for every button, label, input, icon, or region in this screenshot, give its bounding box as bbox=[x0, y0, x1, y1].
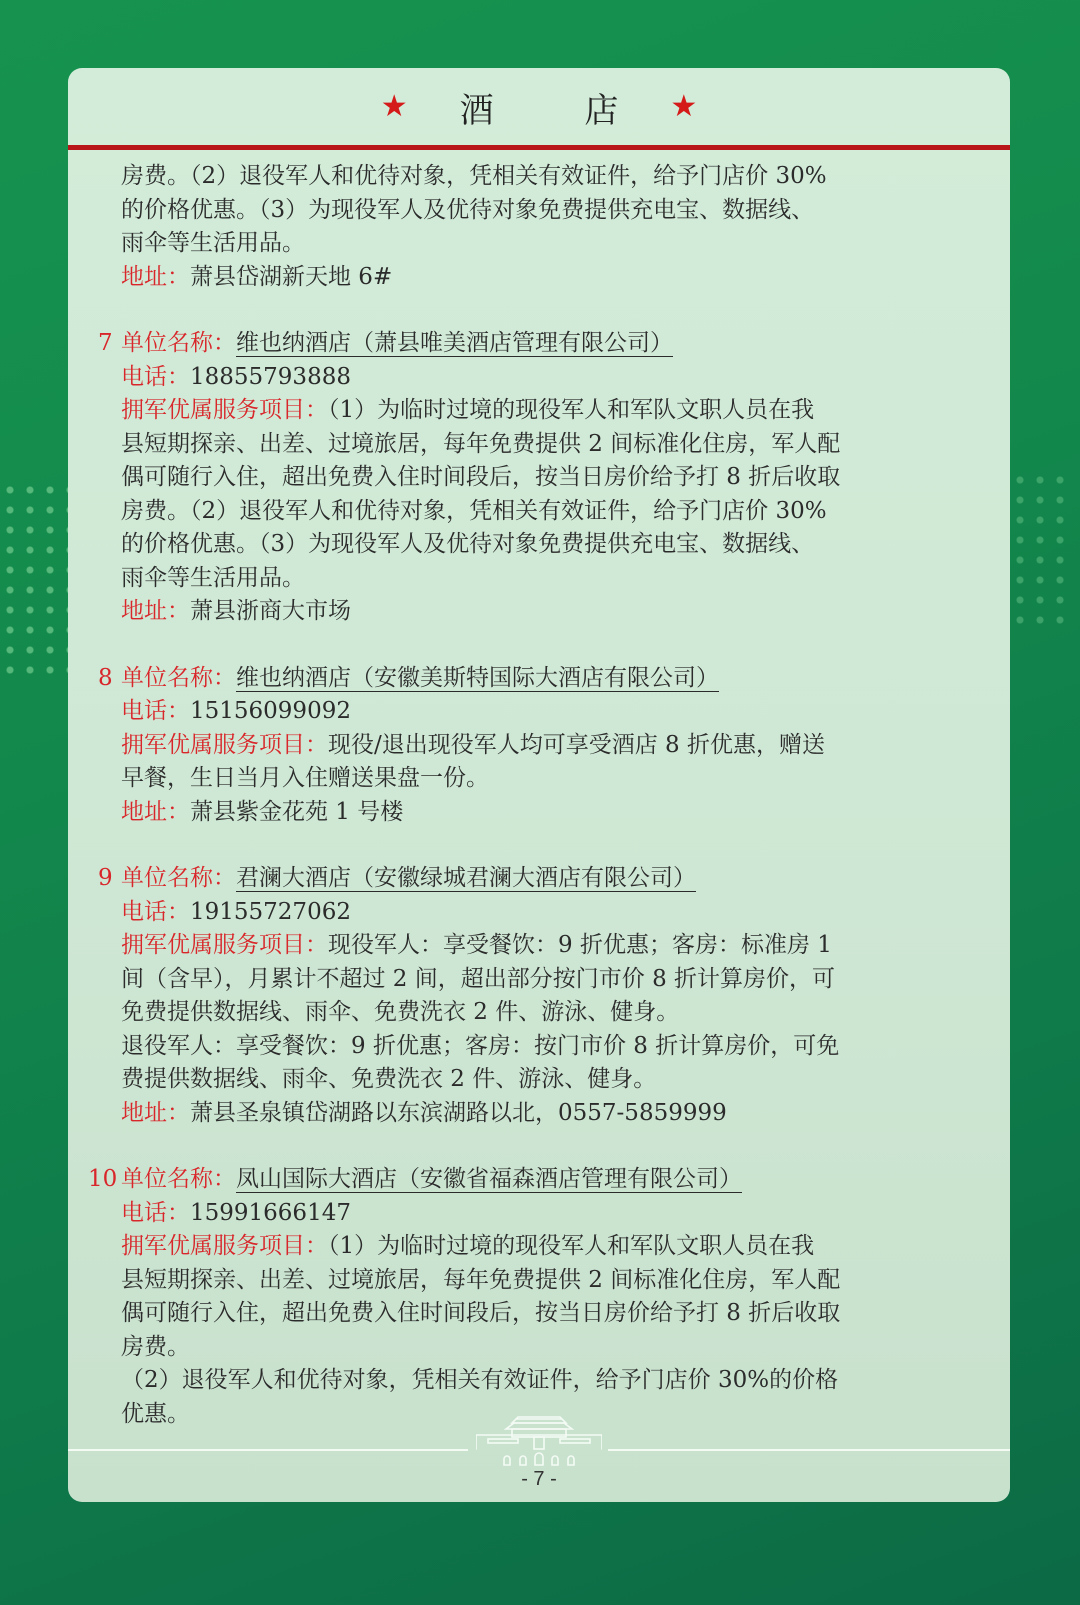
unit-name-row: 10单位名称：凤山国际大酒店（安徽省福森酒店管理有限公司） bbox=[98, 1163, 983, 1197]
service-text-line: 偶可随行入住，超出免费入住时间段后，按当日房价给予打 8 折后收取 bbox=[98, 461, 983, 495]
address-label: 地址： bbox=[121, 264, 190, 290]
service-text-line: 现役军人：享受餐饮：9 折优惠；客房：标准房 1 bbox=[328, 932, 832, 958]
service-text-line: 的价格优惠。（3）为现役军人及优待对象免费提供充电宝、数据线、 bbox=[98, 528, 983, 562]
hotel-entry-7: 7单位名称：维也纳酒店（萧县唯美酒店管理有限公司） 电话：18855793888… bbox=[98, 327, 983, 629]
service-label: 拥军优属服务项目： bbox=[121, 397, 328, 423]
unit-name-label: 单位名称： bbox=[121, 665, 236, 691]
service-label: 拥军优属服务项目： bbox=[121, 732, 328, 758]
entry-number: 8 bbox=[98, 662, 121, 696]
phone-row: 电话：18855793888 bbox=[98, 361, 983, 395]
unit-name-label: 单位名称： bbox=[121, 1166, 236, 1192]
service-text-line: 费提供数据线、雨伞、免费洗衣 2 件、游泳、健身。 bbox=[98, 1063, 983, 1097]
address-value: 萧县浙商大市场 bbox=[190, 598, 351, 624]
address-row: 地址：萧县圣泉镇岱湖路以东滨湖路以北，0557-5859999 bbox=[98, 1097, 983, 1131]
address-value: 萧县圣泉镇岱湖路以东滨湖路以北，0557-5859999 bbox=[190, 1100, 727, 1126]
unit-name-value: 维也纳酒店（安徽美斯特国际大酒店有限公司） bbox=[236, 665, 733, 691]
address-value: 萧县岱湖新天地 6# bbox=[190, 264, 392, 290]
service-label: 拥军优属服务项目： bbox=[121, 1233, 328, 1259]
service-text-line: 雨伞等生活用品。 bbox=[98, 562, 983, 596]
phone-row: 电话：19155727062 bbox=[98, 896, 983, 930]
service-text-line: 雨伞等生活用品。 bbox=[98, 227, 983, 261]
unit-name-label: 单位名称： bbox=[121, 865, 236, 891]
address-label: 地址： bbox=[121, 598, 190, 624]
service-text-line: 县短期探亲、出差、过境旅居，每年免费提供 2 间标准化住房，军人配 bbox=[98, 1264, 983, 1298]
section-header: ★ 酒 店 ★ bbox=[68, 68, 1010, 146]
page-number: - 7 - bbox=[68, 1468, 1010, 1491]
address-label: 地址： bbox=[121, 799, 190, 825]
hotel-entry-8: 8单位名称：维也纳酒店（安徽美斯特国际大酒店有限公司） 电话：151560990… bbox=[98, 662, 983, 830]
page-card: ★ 酒 店 ★ 房费。（2）退役军人和优待对象，凭相关有效证件，给予门店价 30… bbox=[68, 68, 1010, 1502]
service-text-line: 免费提供数据线、雨伞、免费洗衣 2 件、游泳、健身。 bbox=[98, 996, 983, 1030]
star-icon-left: ★ bbox=[381, 92, 408, 122]
unit-name-value: 君澜大酒店（安徽绿城君澜大酒店有限公司） bbox=[236, 865, 710, 891]
service-label: 拥军优属服务项目： bbox=[121, 932, 328, 958]
header-divider bbox=[68, 145, 1010, 150]
unit-name-label: 单位名称： bbox=[121, 330, 236, 356]
phone-value: 19155727062 bbox=[190, 899, 351, 925]
background-dot-pattern bbox=[0, 480, 70, 680]
service-row: 拥军优属服务项目：现役军人：享受餐饮：9 折优惠；客房：标准房 1 bbox=[98, 929, 983, 963]
footer-rule-right bbox=[608, 1449, 1010, 1451]
service-text-line: 房费。（2）退役军人和优待对象，凭相关有效证件，给予门店价 30% bbox=[98, 160, 983, 194]
unit-name-row: 7单位名称：维也纳酒店（萧县唯美酒店管理有限公司） bbox=[98, 327, 983, 361]
service-text-line: 早餐，生日当月入住赠送果盘一份。 bbox=[98, 762, 983, 796]
address-value: 萧县紫金花苑 1 号楼 bbox=[190, 799, 403, 825]
service-text-line: 间（含早），月累计不超过 2 间，超出部分按门市价 8 折计算房价，可 bbox=[98, 963, 983, 997]
address-row: 地址：萧县紫金花苑 1 号楼 bbox=[98, 796, 983, 830]
continued-entry: 房费。（2）退役军人和优待对象，凭相关有效证件，给予门店价 30% 的价格优惠。… bbox=[98, 160, 983, 294]
unit-name-row: 8单位名称：维也纳酒店（安徽美斯特国际大酒店有限公司） bbox=[98, 662, 983, 696]
phone-label: 电话： bbox=[121, 698, 190, 724]
phone-row: 电话：15991666147 bbox=[98, 1197, 983, 1231]
service-text-line: 房费。 bbox=[98, 1331, 983, 1365]
address-label: 地址： bbox=[121, 1100, 190, 1126]
service-row: 拥军优属服务项目：（1）为临时过境的现役军人和军队文职人员在我 bbox=[98, 1230, 983, 1264]
service-text-line: 的价格优惠。（3）为现役军人及优待对象免费提供充电宝、数据线、 bbox=[98, 194, 983, 228]
address-row: 地址：萧县浙商大市场 bbox=[98, 595, 983, 629]
service-text-line: 房费。（2）退役军人和优待对象，凭相关有效证件，给予门店价 30% bbox=[98, 495, 983, 529]
hotel-entry-10: 10单位名称：凤山国际大酒店（安徽省福森酒店管理有限公司） 电话：1599166… bbox=[98, 1163, 983, 1431]
phone-value: 15156099092 bbox=[190, 698, 351, 724]
section-title: 酒 店 bbox=[460, 83, 659, 132]
service-text-line: （1）为临时过境的现役军人和军队文职人员在我 bbox=[328, 1233, 814, 1259]
unit-name-value: 维也纳酒店（萧县唯美酒店管理有限公司） bbox=[236, 330, 687, 356]
background-dot-pattern-right bbox=[1010, 470, 1070, 630]
address-row: 地址：萧县岱湖新天地 6# bbox=[98, 261, 983, 295]
footer-rule-left bbox=[68, 1449, 468, 1451]
phone-label: 电话： bbox=[121, 899, 190, 925]
phone-value: 15991666147 bbox=[190, 1200, 351, 1226]
service-text-line: 退役军人：享受餐饮：9 折优惠；客房：按门市价 8 折计算房价，可免 bbox=[98, 1030, 983, 1064]
service-row: 拥军优属服务项目：现役/退出现役军人均可享受酒店 8 折优惠，赠送 bbox=[98, 729, 983, 763]
hotel-list: 房费。（2）退役军人和优待对象，凭相关有效证件，给予门店价 30% 的价格优惠。… bbox=[98, 160, 983, 1431]
entry-number: 7 bbox=[98, 327, 121, 361]
entry-number: 10 bbox=[88, 1163, 121, 1197]
unit-name-value: 凤山国际大酒店（安徽省福森酒店管理有限公司） bbox=[236, 1166, 756, 1192]
phone-value: 18855793888 bbox=[190, 364, 351, 390]
phone-label: 电话： bbox=[121, 1200, 190, 1226]
service-text-line: 偶可随行入住，超出免费入住时间段后，按当日房价给予打 8 折后收取 bbox=[98, 1297, 983, 1331]
service-text-line: 现役/退出现役军人均可享受酒店 8 折优惠，赠送 bbox=[328, 732, 825, 758]
service-text-line: （2）退役军人和优待对象，凭相关有效证件，给予门店价 30%的价格 bbox=[98, 1364, 983, 1398]
service-text-line: （1）为临时过境的现役军人和军队文职人员在我 bbox=[328, 397, 814, 423]
entry-number: 9 bbox=[98, 862, 121, 896]
service-row: 拥军优属服务项目：（1）为临时过境的现役军人和军队文职人员在我 bbox=[98, 394, 983, 428]
service-text-line: 县短期探亲、出差、过境旅居，每年免费提供 2 间标准化住房，军人配 bbox=[98, 428, 983, 462]
hotel-entry-9: 9单位名称：君澜大酒店（安徽绿城君澜大酒店有限公司） 电话：1915572706… bbox=[98, 862, 983, 1130]
star-icon-right: ★ bbox=[670, 92, 697, 122]
phone-row: 电话：15156099092 bbox=[98, 695, 983, 729]
phone-label: 电话： bbox=[121, 364, 190, 390]
unit-name-row: 9单位名称：君澜大酒店（安徽绿城君澜大酒店有限公司） bbox=[98, 862, 983, 896]
